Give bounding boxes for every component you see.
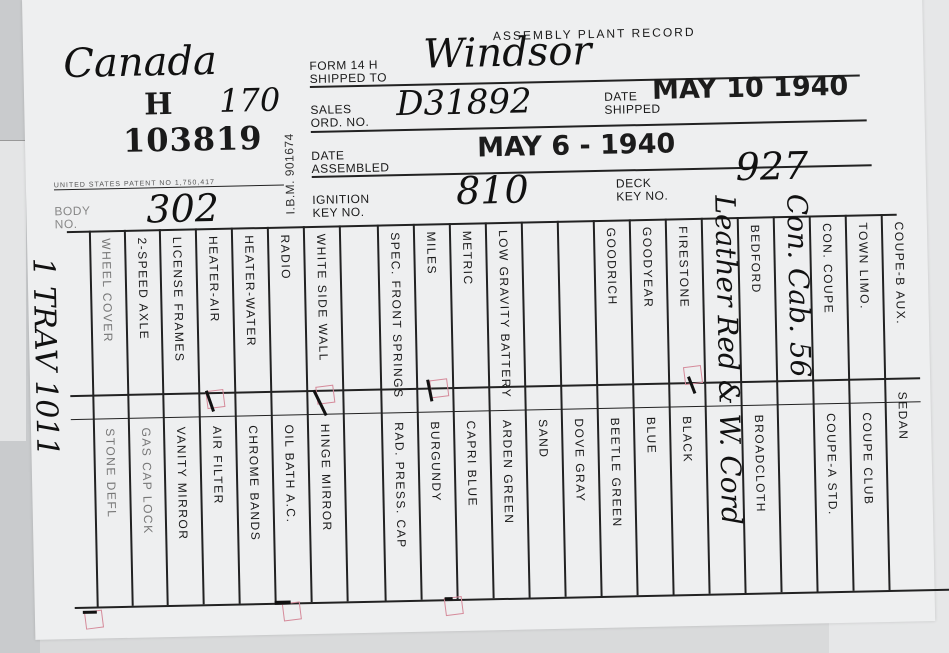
checkbox-black	[683, 365, 703, 385]
body-no-value: 302	[146, 186, 219, 232]
option-radio: RADIO	[278, 234, 293, 280]
option-con-coupe: CON. COUPE	[820, 223, 836, 314]
option-gas-cap-lock: GAS CAP LOCK	[139, 427, 155, 534]
option-chrome-bands: CHROME BANDS	[246, 425, 262, 541]
sales-order-label-2: ORD. NO.	[311, 116, 370, 130]
destination-handwritten: Canada	[63, 38, 217, 87]
date-assembled-value: MAY 6 - 1940	[477, 128, 676, 163]
option-goodrich: GOODRICH	[604, 228, 620, 306]
option-vanity-mirror: VANITY MIRROR	[174, 427, 190, 541]
option-burgundy: BURGUNDY	[428, 421, 444, 502]
option-miles: MILES	[424, 231, 439, 275]
option-sedan: SEDAN	[895, 392, 910, 441]
shipped-to-value: Windsor	[423, 28, 592, 78]
deck-key-label-2: KEY NO.	[616, 190, 668, 204]
option-white-side-wall: WHITE SIDE WALL	[314, 234, 331, 362]
option-broadcloth: BROADCLOTH	[752, 415, 768, 514]
option-wheel-cover: WHEEL COVER	[99, 238, 115, 343]
option-dove-gray: DOVE GRAY	[572, 418, 588, 502]
option-capri-blue: CAPRI BLUE	[464, 421, 480, 508]
option-firestone: FIRESTONE	[676, 226, 692, 308]
handwritten-body-style: Con. Cab. 56	[780, 193, 817, 377]
ignition-key-value: 810	[456, 167, 529, 213]
check-mark	[275, 601, 291, 605]
serial-handwritten: 170	[219, 81, 281, 120]
option-license-frames: LICENSE FRAMES	[170, 237, 187, 363]
handwritten-trim: Leather Red & W. Cord	[708, 195, 748, 525]
option-heater-water: HEATER-WATER	[242, 235, 258, 347]
side-note-handwritten: 1 TRAV 1011	[25, 257, 64, 457]
option-metric: METRIC	[460, 231, 475, 286]
option-rad-press-cap: RAD. PRESS. CAP	[392, 422, 409, 549]
ignition-key-label-2: KEY NO.	[312, 206, 364, 220]
background-card-edge	[0, 140, 26, 441]
option-low-gravity-battery: LOW GRAVITY BATTERY	[496, 230, 514, 399]
assembly-plant-record-card: Canada H 170 103819 UNITED STATES PATENT…	[22, 0, 935, 640]
option-beetle-green: BEETLE GREEN	[608, 418, 624, 528]
check-mark	[445, 597, 453, 600]
option-coupe-b-aux: COUPE-B AUX.	[892, 222, 908, 326]
option-coupe-club: COUPE CLUB	[860, 412, 876, 505]
deck-key-value: 927	[735, 144, 808, 190]
body-no-label-2: NO.	[55, 218, 78, 231]
option-black: BLACK	[680, 416, 695, 463]
option-stone-defl: STONE DEFL	[103, 428, 119, 518]
serial-number: 103819	[123, 119, 263, 160]
option-coupe-a-std: COUPE-A STD.	[824, 413, 840, 516]
check-mark	[83, 611, 97, 614]
option-town-limo: TOWN LIMO.	[856, 222, 872, 310]
sales-order-value: D31892	[396, 81, 532, 124]
option-air-filter: AIR FILTER	[210, 426, 226, 505]
ibm-number: I.B.M. 901674	[283, 133, 298, 214]
option-spec-front-springs: SPEC. FRONT SPRINGS	[388, 232, 405, 399]
option-2-speed-axle: 2-SPEED AXLE	[135, 237, 151, 340]
option-goodyear: GOODYEAR	[640, 227, 656, 309]
option-oil-bath-ac: OIL BATH A.C.	[282, 424, 298, 523]
option-heater-air: HEATER-AIR	[206, 236, 222, 323]
option-bedford: BEDFORD	[748, 225, 763, 294]
option-hinge-mirror: HINGE MIRROR	[318, 424, 334, 532]
serial-prefix: H	[144, 87, 174, 123]
option-arden-green: ARDEN GREEN	[500, 420, 516, 525]
option-sand: SAND	[536, 419, 551, 459]
option-blue: BLUE	[644, 417, 659, 455]
date-shipped-value: MAY 10 1940	[652, 71, 849, 106]
